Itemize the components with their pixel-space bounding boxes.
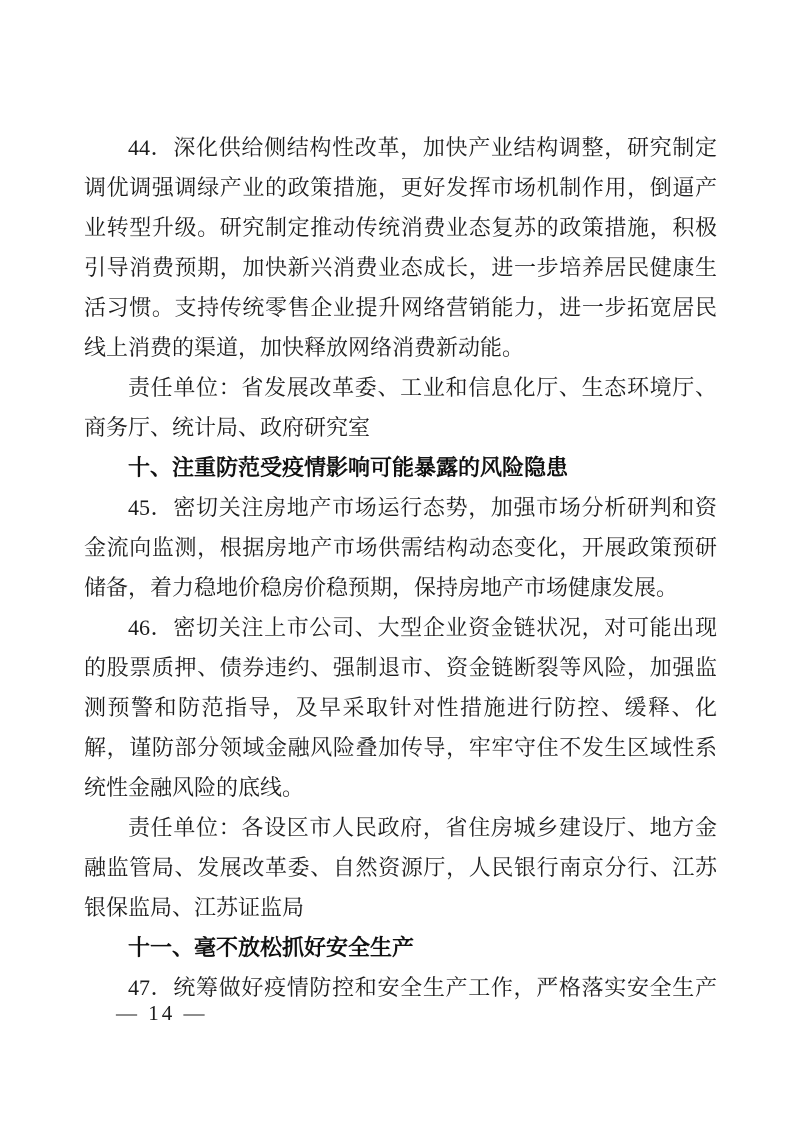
paragraph-45: 45．密切关注房地产市场运行态势，加强市场分析研判和资金流向监测，根据房地产市场… [84, 488, 717, 608]
document-page: 44．深化供给侧结构性改革，加快产业结构调整，研究制定调优调强调绿产业的政策措施… [0, 0, 800, 1131]
responsible-units-1: 责任单位：省发展改革委、工业和信息化厅、生态环境厅、商务厅、统计局、政府研究室 [84, 368, 717, 448]
paragraph-44: 44．深化供给侧结构性改革，加快产业结构调整，研究制定调优调强调绿产业的政策措施… [84, 128, 717, 368]
page-number: — 14 — [116, 1001, 208, 1026]
section-heading-11: 十一、毫不放松抓好安全生产 [84, 928, 717, 968]
section-heading-10: 十、注重防范受疫情影响可能暴露的风险隐患 [84, 448, 717, 488]
document-body: 44．深化供给侧结构性改革，加快产业结构调整，研究制定调优调强调绿产业的政策措施… [84, 128, 717, 1008]
paragraph-46: 46．密切关注上市公司、大型企业资金链状况，对可能出现的股票质押、债券违约、强制… [84, 608, 717, 808]
responsible-units-2: 责任单位：各设区市人民政府，省住房城乡建设厅、地方金融监管局、发展改革委、自然资… [84, 808, 717, 928]
